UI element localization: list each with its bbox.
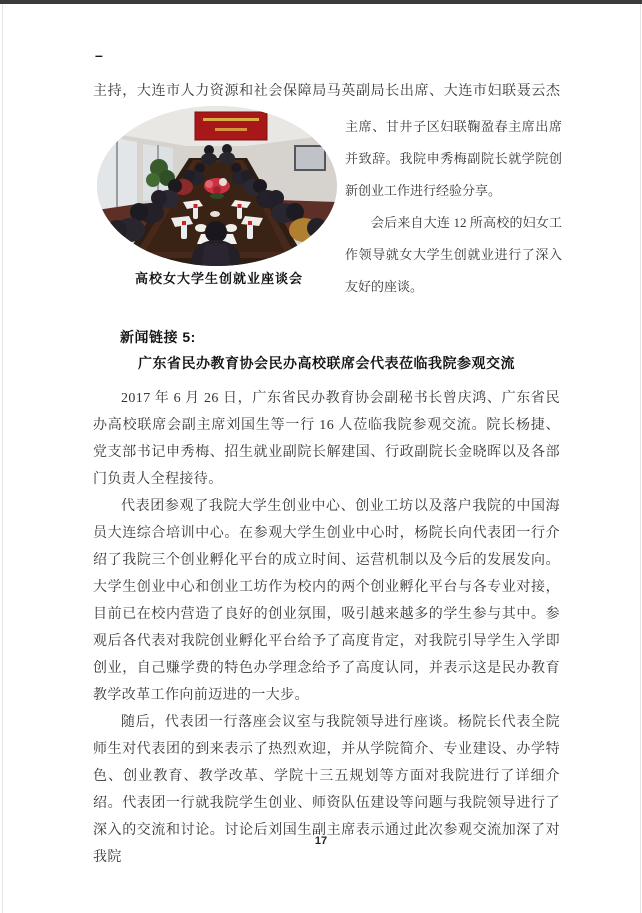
- news-paragraph-2: 代表团参观了我院大学生创业中心、创业工坊以及落户我院的中国海员大连综合培训中心。…: [93, 493, 560, 709]
- news-article-title: 广东省民办教育协会民办高校联席会代表莅临我院参观交流: [93, 353, 560, 373]
- news-article-body: 2017 年 6 月 26 日，广东省民办教育协会副秘书长曾庆鸿、广东省民办高校…: [93, 385, 560, 871]
- viewer-top-bar: [0, 0, 642, 4]
- news-link-label: 新闻链接 5:: [120, 327, 196, 347]
- intro-wrapped-text: 主席、甘井子区妇联鞠盈春主席出席并致辞。我院申秀梅副院长就学院创新创业工作进行经…: [345, 111, 562, 303]
- intro-paragraph-2: 会后来自大连 12 所高校的妇女工作领导就女大学生创就业进行了深入友好的座谈。: [345, 207, 562, 303]
- stray-dash-mark: –: [95, 47, 103, 63]
- photo-caption: 高校女大学生创就业座谈会: [135, 268, 303, 287]
- intro-paragraph-1-continued: 主席、甘井子区妇联鞠盈春主席出席并致辞。我院申秀梅副院长就学院创新创业工作进行经…: [345, 111, 562, 207]
- meeting-photo-illustration: [97, 106, 337, 266]
- document-page: – 主持，大连市人力资源和社会保障局马英副局长出席、大连市妇联聂云杰: [0, 0, 642, 913]
- news-paragraph-1: 2017 年 6 月 26 日，广东省民办教育协会副秘书长曾庆鸿、广东省民办高校…: [93, 385, 560, 493]
- meeting-room-photo: [97, 106, 337, 266]
- page-number: 17: [0, 835, 642, 847]
- intro-paragraph-line1: 主持，大连市人力资源和社会保障局马英副局长出席、大连市妇联聂云杰: [93, 81, 560, 102]
- page-right-border: [640, 4, 641, 913]
- page-left-border: [2, 4, 3, 913]
